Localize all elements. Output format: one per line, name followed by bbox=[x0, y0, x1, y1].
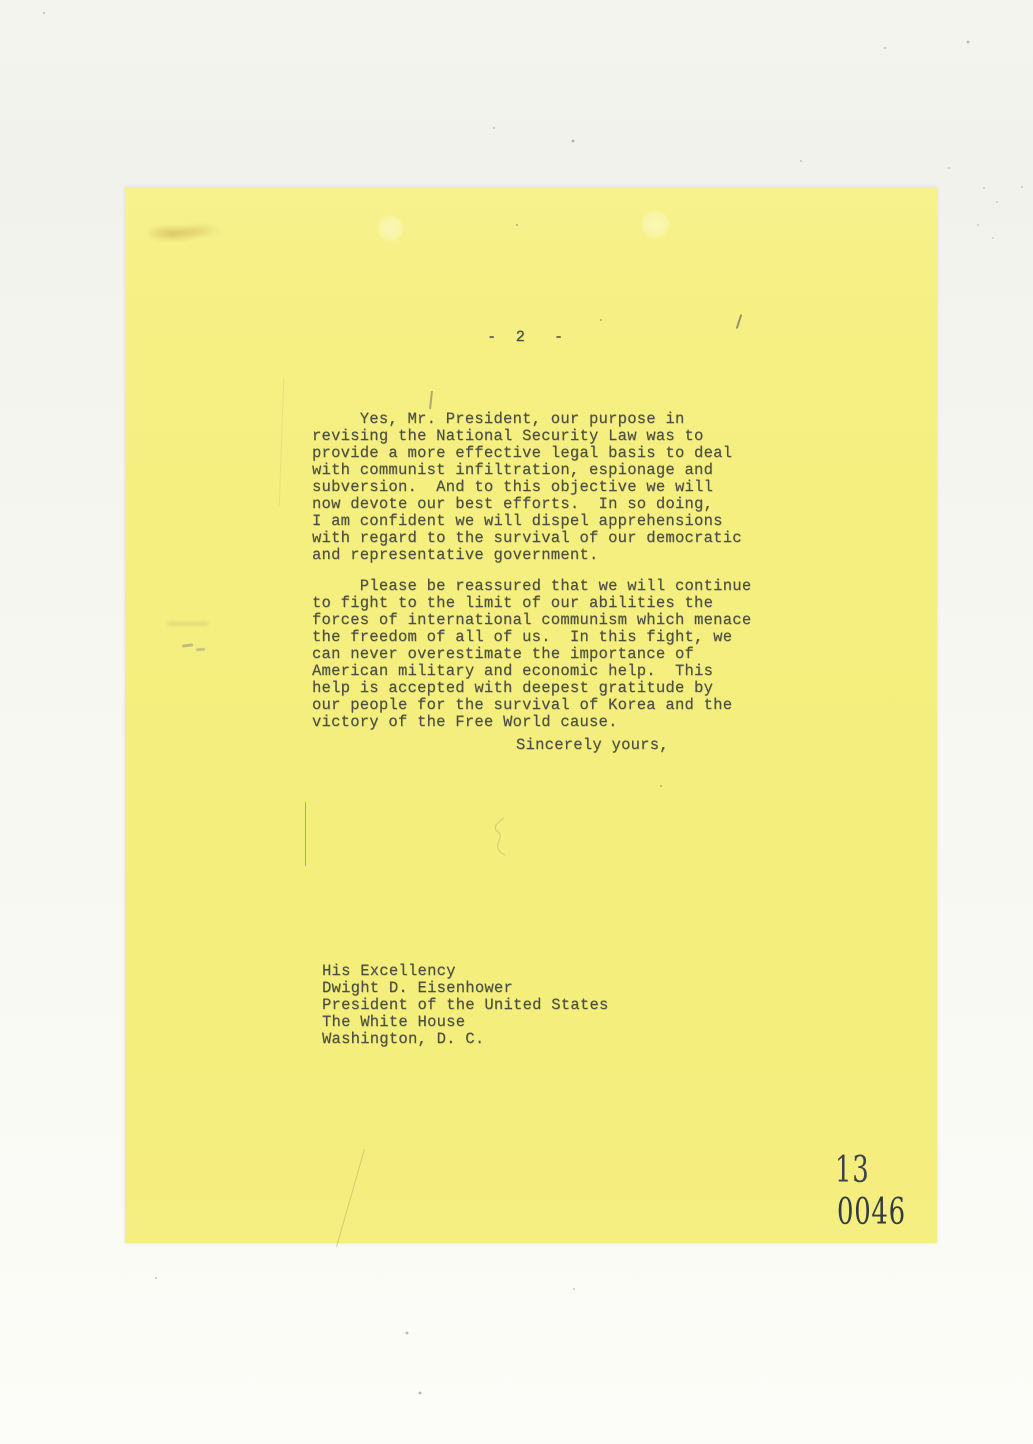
paper-crease bbox=[279, 378, 284, 506]
page-number: - 2 - bbox=[487, 329, 563, 346]
letter-paragraph-1: Yes, Mr. President, our purpose in revis… bbox=[312, 411, 742, 564]
punch-hole-left bbox=[377, 215, 404, 242]
paper-speck bbox=[516, 224, 518, 226]
paper-speck bbox=[600, 319, 602, 321]
letter-page: - 2 - Yes, Mr. President, our purpose in… bbox=[125, 187, 937, 1243]
stray-pen-mark bbox=[429, 391, 432, 409]
pencil-dash-mark bbox=[196, 648, 205, 652]
faint-squiggle-mark bbox=[488, 816, 512, 856]
stain-mark bbox=[148, 219, 220, 245]
recipient-address-block: His Excellency Dwight D. Eisenhower Pres… bbox=[322, 963, 609, 1048]
punch-hole-right bbox=[641, 210, 670, 239]
closing-line: Sincerely yours, bbox=[516, 737, 669, 754]
paper-speck bbox=[660, 785, 662, 787]
pencil-line-mark bbox=[305, 802, 306, 866]
scan-background: - 2 - Yes, Mr. President, our purpose in… bbox=[0, 0, 1033, 1444]
letter-paragraph-2: Please be reassured that we will continu… bbox=[312, 578, 751, 731]
dust-specks bbox=[0, 0, 2, 2]
stray-slash-mark bbox=[736, 314, 743, 329]
stamp-number-top: 13 bbox=[835, 1153, 869, 1189]
stamp-number-bottom: 0046 bbox=[837, 1195, 906, 1231]
scratch-mark bbox=[336, 1149, 365, 1247]
faint-smudge bbox=[168, 621, 208, 626]
pencil-dash-mark bbox=[182, 643, 193, 648]
